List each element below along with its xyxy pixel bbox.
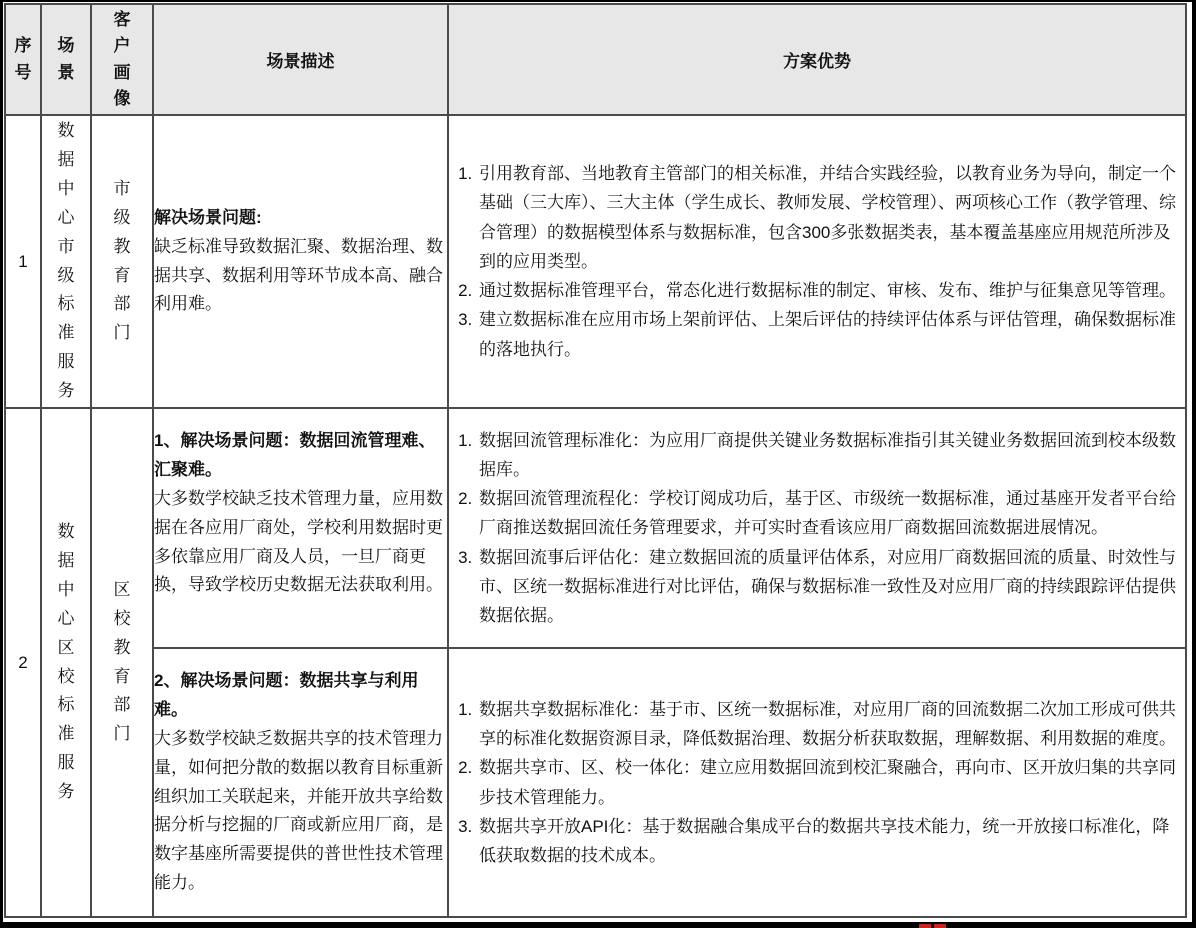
- row1-solution-advantages: 引用教育部、当地教育主管部门的相关标准，并结合实践经验，以教育业务为导向，制定一…: [448, 115, 1186, 408]
- advantage-item: 数据共享开放API化：基于数据融合集成平台的数据共享技术能力，统一开放接口标准化…: [477, 812, 1185, 870]
- red-edge-artifact: [919, 924, 931, 928]
- row2-scene: 数据中心区校标准服务: [41, 408, 91, 917]
- scene-problem-body: 大多数学校缺乏数据共享的技术管理力量，如何把分散的数据以教育目标重新组织加工关联…: [154, 725, 447, 898]
- col-header-customer-profile: 客户画像: [91, 4, 153, 115]
- row1-scene-description: 解决场景问题: 缺乏标准导致数据汇聚、数据治理、数据共享、数据利用等环节成本高、…: [153, 115, 448, 408]
- advantage-list: 数据共享数据标准化：基于市、区统一数据标准，对应用厂商的回流数据二次加工形成可供…: [449, 695, 1185, 870]
- row1-scene: 数据中心市级标准服务: [41, 115, 91, 408]
- row2a-solution-advantages: 数据回流管理标准化：为应用厂商提供关键业务数据标准指引其关键业务数据回流到校本级…: [448, 408, 1186, 648]
- advantage-item: 通过数据标准管理平台，常态化进行数据标准的制定、审核、发布、维护与征集意见等管理…: [477, 276, 1185, 305]
- advantage-item: 数据共享市、区、校一体化：建立应用数据回流到校汇聚融合，再向市、区开放归集的共享…: [477, 753, 1185, 811]
- row2-customer-profile: 区校教育部门: [91, 408, 153, 917]
- table-row-2a: 2 数据中心区校标准服务 区校教育部门 1、解决场景问题：数据回流管理难、汇聚难…: [5, 408, 1186, 648]
- scene-problem-title: 2、解决场景问题：数据共享与利用难。: [154, 667, 447, 725]
- advantage-item: 建立数据标准在应用市场上架前评估、上架后评估的持续评估体系与评估管理，确保数据标…: [477, 305, 1185, 363]
- table-row-2b: 2、解决场景问题：数据共享与利用难。 大多数学校缺乏数据共享的技术管理力量，如何…: [5, 648, 1186, 917]
- table-row-1: 1 数据中心市级标准服务 市级教育部门 解决场景问题: 缺乏标准导致数据汇聚、数…: [5, 115, 1186, 408]
- col-header-scene: 场景: [41, 4, 91, 115]
- advantage-item: 数据共享数据标准化：基于市、区统一数据标准，对应用厂商的回流数据二次加工形成可供…: [477, 695, 1185, 753]
- row2b-scene-description: 2、解决场景问题：数据共享与利用难。 大多数学校缺乏数据共享的技术管理力量，如何…: [153, 648, 448, 917]
- col-header-scene-description: 场景描述: [153, 4, 448, 115]
- scene-problem-body: 大多数学校缺乏技术管理力量，应用数据在各应用厂商处，学校利用数据时更多依靠应用厂…: [154, 485, 447, 601]
- col-header-solution-advantages: 方案优势: [448, 4, 1186, 115]
- advantage-list: 数据回流管理标准化：为应用厂商提供关键业务数据标准指引其关键业务数据回流到校本级…: [449, 426, 1185, 631]
- row2-index: 2: [5, 408, 41, 917]
- red-edge-artifact: [934, 924, 946, 928]
- row2a-scene-description: 1、解决场景问题：数据回流管理难、汇聚难。 大多数学校缺乏技术管理力量，应用数据…: [153, 408, 448, 648]
- scene-problem-title: 解决场景问题:: [154, 204, 447, 233]
- scene-problem-body: 缺乏标准导致数据汇聚、数据治理、数据共享、数据利用等环节成本高、融合利用难。: [154, 233, 447, 320]
- advantage-item: 数据回流管理流程化：学校订阅成功后，基于区、市级统一数据标准，通过基座开发者平台…: [477, 484, 1185, 542]
- advantage-item: 数据回流事后评估化：建立数据回流的质量评估体系，对应用厂商数据回流的质量、时效性…: [477, 543, 1185, 631]
- header-row: 序号 场景 客户画像 场景描述 方案优势: [5, 4, 1186, 115]
- document-page: 序号 场景 客户画像 场景描述 方案优势 1 数据中心市级标准服务 市级教育部门…: [0, 0, 1196, 928]
- advantage-item: 引用教育部、当地教育主管部门的相关标准，并结合实践经验，以教育业务为导向，制定一…: [477, 159, 1185, 276]
- row1-customer-profile: 市级教育部门: [91, 115, 153, 408]
- row2b-solution-advantages: 数据共享数据标准化：基于市、区统一数据标准，对应用厂商的回流数据二次加工形成可供…: [448, 648, 1186, 917]
- row1-index: 1: [5, 115, 41, 408]
- advantage-item: 数据回流管理标准化：为应用厂商提供关键业务数据标准指引其关键业务数据回流到校本级…: [477, 426, 1185, 484]
- advantage-list: 引用教育部、当地教育主管部门的相关标准，并结合实践经验，以教育业务为导向，制定一…: [449, 159, 1185, 364]
- scene-problem-title: 1、解决场景问题：数据回流管理难、汇聚难。: [154, 427, 447, 485]
- scenario-solution-table: 序号 场景 客户画像 场景描述 方案优势 1 数据中心市级标准服务 市级教育部门…: [4, 3, 1187, 918]
- table-sheet: 序号 场景 客户画像 场景描述 方案优势 1 数据中心市级标准服务 市级教育部门…: [3, 2, 1192, 922]
- col-header-no: 序号: [5, 4, 41, 115]
